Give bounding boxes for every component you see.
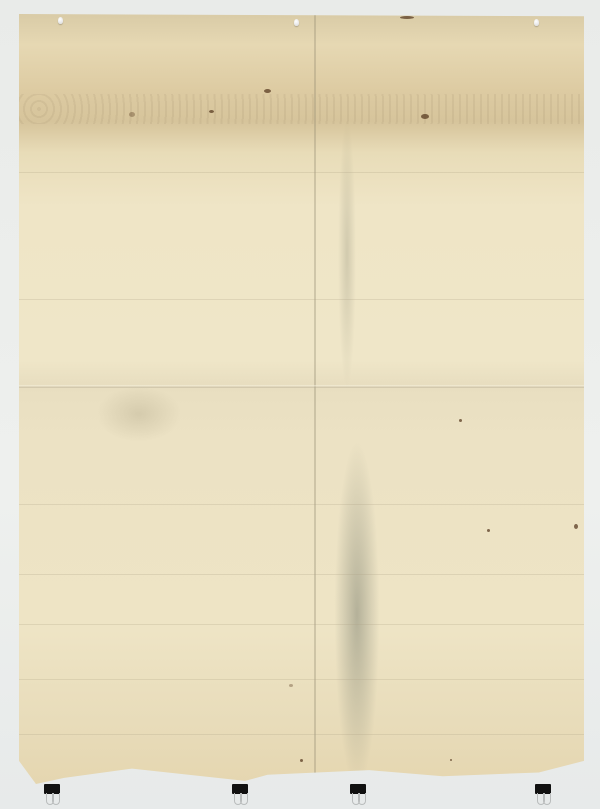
vertical-fold-line [314, 14, 316, 784]
upper-stain-band [19, 94, 584, 124]
stain-spot [400, 16, 414, 19]
push-pin [58, 17, 63, 24]
push-pin [294, 19, 299, 26]
horizontal-fold-line [19, 385, 584, 388]
binder-clip [350, 784, 366, 806]
crease-line [19, 574, 584, 575]
binder-clip [535, 784, 551, 806]
crease-line [19, 624, 584, 625]
stain-spot [129, 112, 135, 117]
crease-line [19, 299, 584, 300]
crease-line [19, 734, 584, 735]
stain-spot [450, 759, 452, 761]
stain-spot [487, 529, 490, 532]
stain-spot [459, 419, 462, 422]
aged-canvas-sheet [19, 14, 584, 784]
binder-clip [44, 784, 60, 806]
stain-spot [574, 524, 578, 529]
crease-line [19, 172, 584, 173]
stain-spot [209, 110, 214, 113]
stain-spot [300, 759, 303, 762]
stain-spot [289, 684, 293, 687]
crease-line [19, 504, 584, 505]
stain-spot [421, 114, 429, 119]
binder-clip [232, 784, 248, 806]
stain-spot [264, 89, 271, 93]
push-pin [534, 19, 539, 26]
crease-line [19, 679, 584, 680]
